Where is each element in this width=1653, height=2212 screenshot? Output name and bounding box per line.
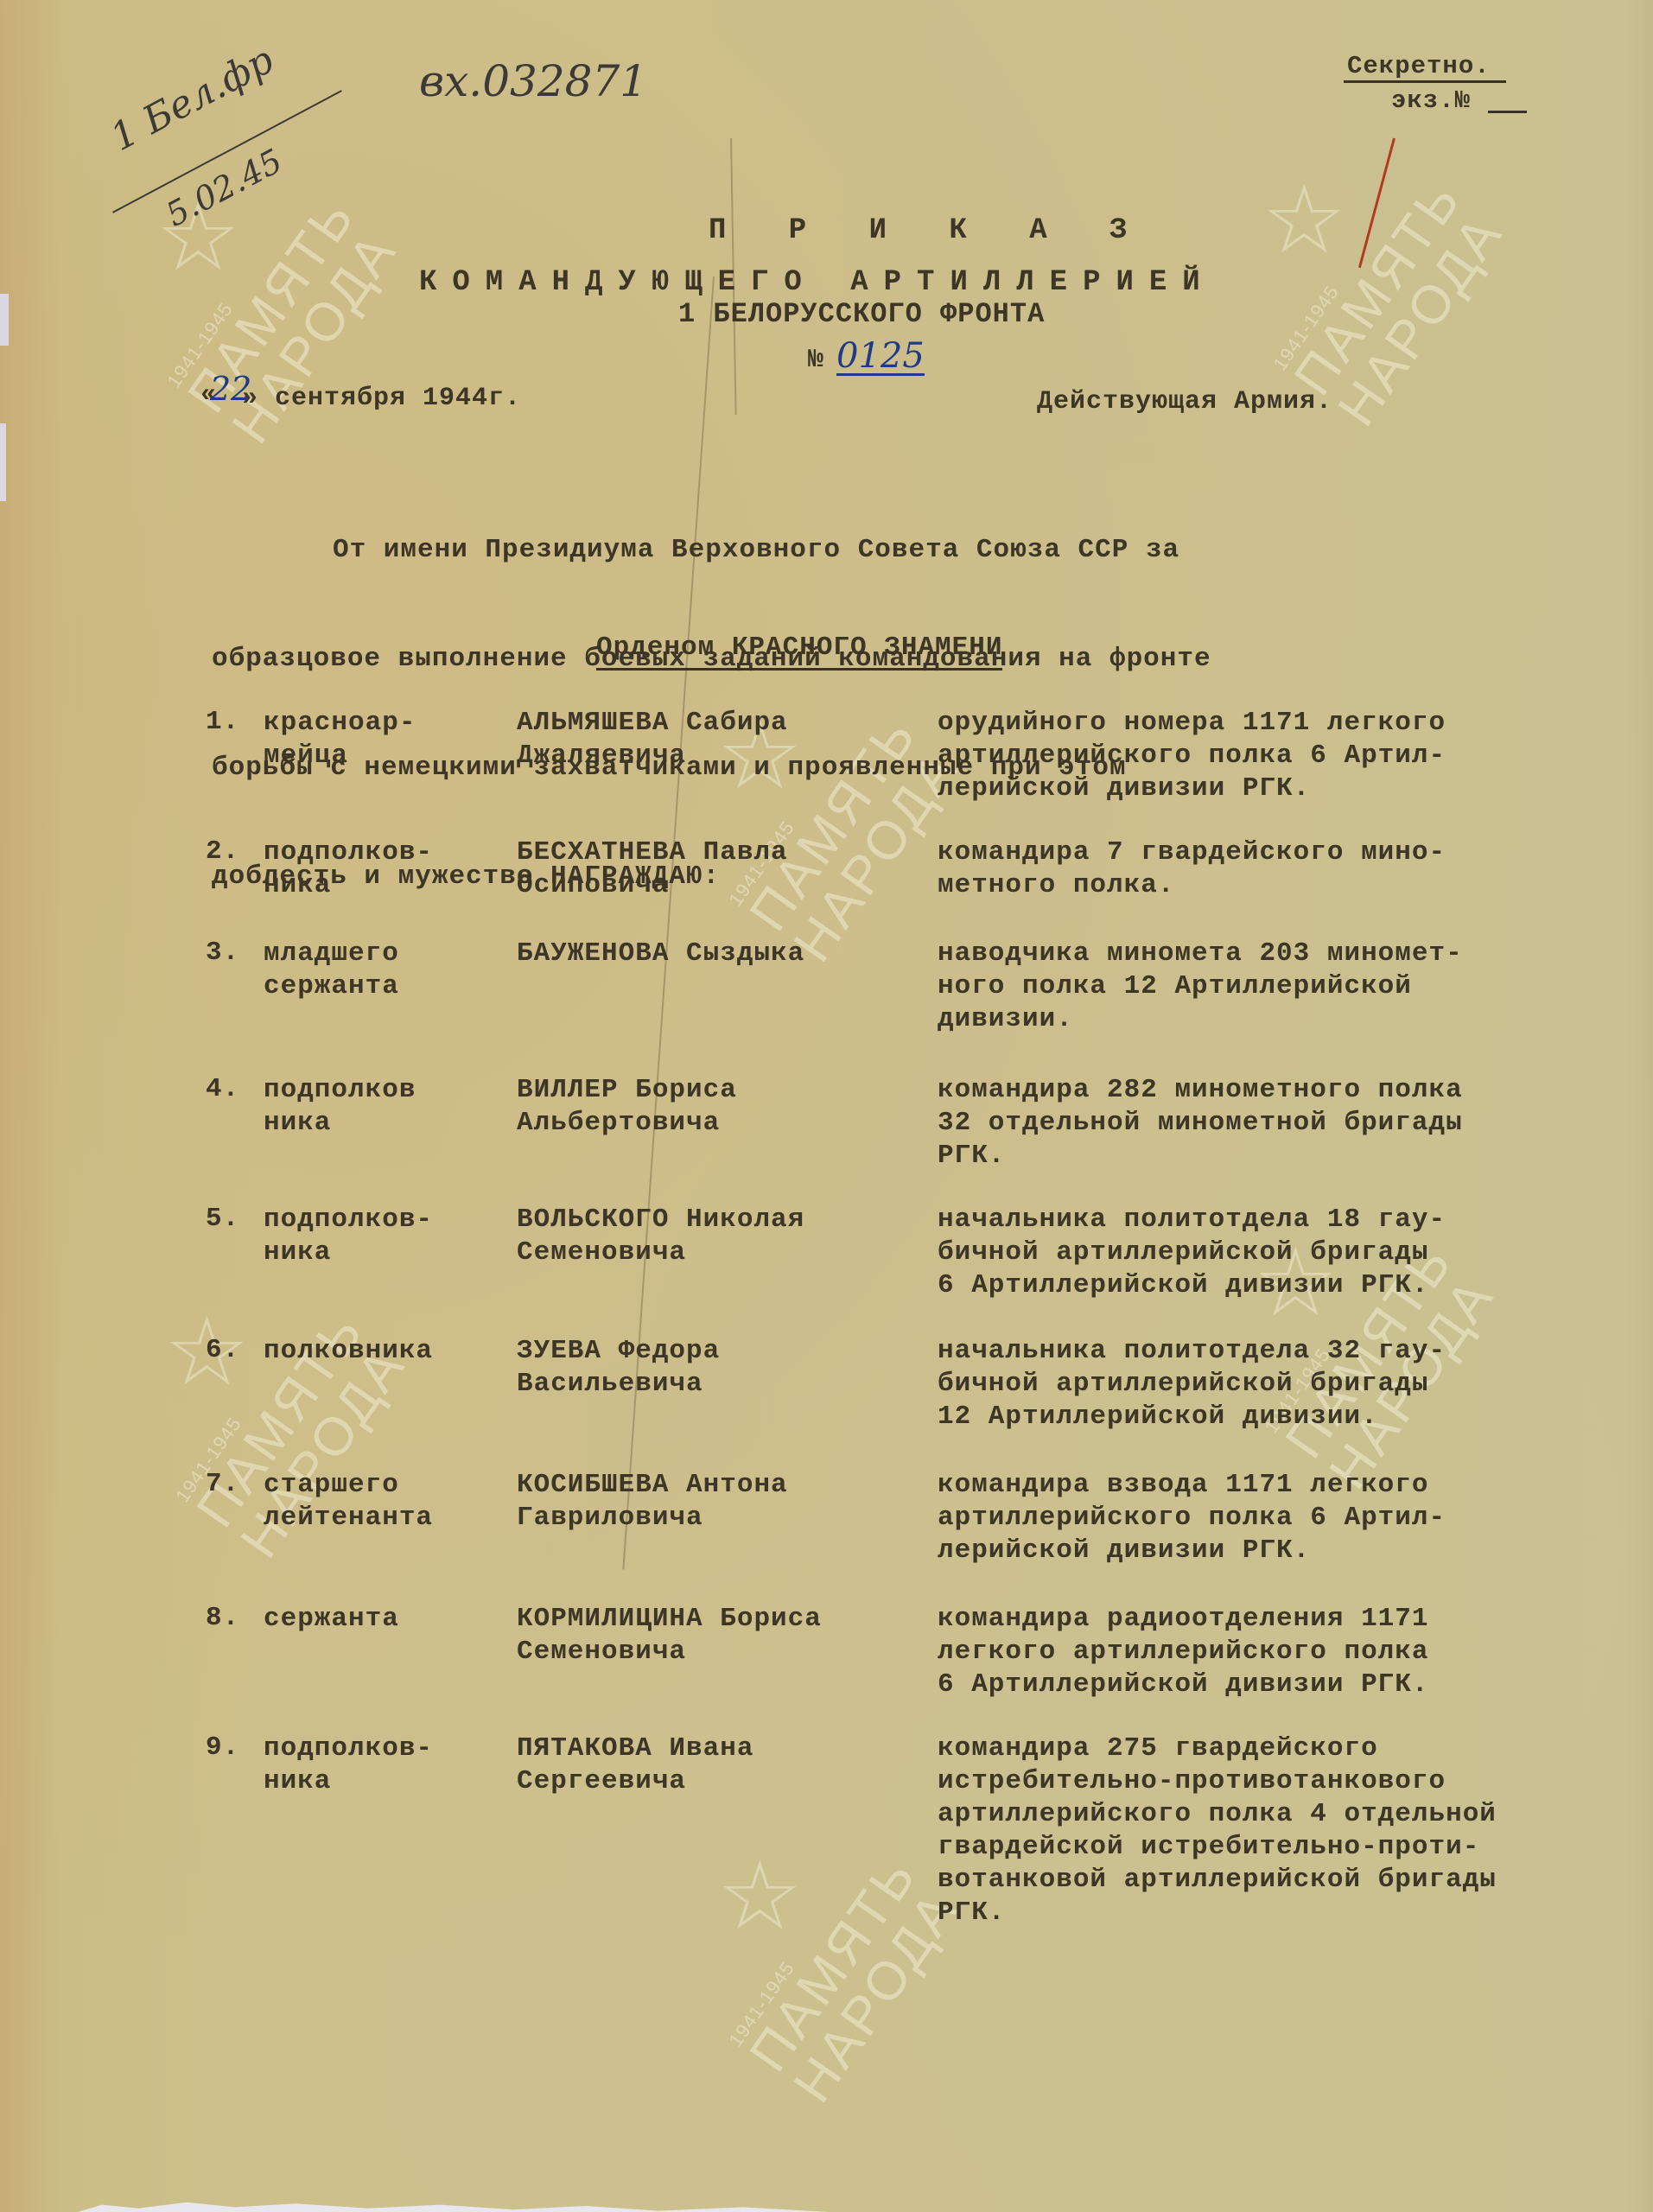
awardee-position-line: командира 7 гвардейского мино-	[938, 836, 1446, 869]
awardee-rank-line: мейца	[264, 740, 416, 772]
awardee-name-line: ЗУЕВА Федора	[517, 1335, 720, 1368]
awardee-rank-line: лейтенанта	[264, 1502, 433, 1535]
awardee-position-line: РГК.	[938, 1897, 1497, 1929]
awardee-rank-line: ника	[264, 1236, 433, 1269]
awardee-number: 9.	[206, 1732, 239, 1763]
awardee-position-line: бичной артиллерийской бригады	[938, 1368, 1446, 1401]
awardee-position-line: артиллерийского полка 6 Артил-	[938, 1502, 1446, 1535]
award-heading: Орденом КРАСНОГО ЗНАМЕНИ	[596, 632, 1002, 671]
awardee-position-line: 12 Артиллерийской дивизии.	[938, 1401, 1446, 1433]
order-number: 0125	[836, 339, 925, 376]
awardee-rank: подполков-ника	[264, 836, 433, 902]
awardee-rank: красноар-мейца	[264, 707, 416, 772]
awardee-position: командира 282 минометного полка32 отдель…	[938, 1074, 1463, 1173]
awardee-position-line: истребительно-противотанкового	[938, 1765, 1497, 1798]
awardee-name-line: Васильевича	[517, 1368, 720, 1401]
awardee-position: орудийного номера 1171 легкогоартиллерий…	[938, 707, 1446, 805]
awardee-rank-line: ника	[264, 869, 433, 902]
copy-number-label: экз.№	[1391, 86, 1471, 115]
awardee-position-line: наводчика миномета 203 миномет-	[938, 938, 1463, 970]
awardee-rank-line: сержанта	[264, 1603, 399, 1636]
awardee-rank: полковника	[264, 1335, 433, 1368]
awardee-position-line: гвардейской истребительно-проти-	[938, 1831, 1497, 1864]
awardee-position: командира 7 гвардейского мино-метного по…	[938, 836, 1446, 902]
awardee-name-line: ВИЛЛЕР Бориса	[517, 1074, 737, 1107]
awardee-name: КОРМИЛИЦИНА БорисаСеменовича	[517, 1603, 822, 1669]
awardee-position-line: ного полка 12 Артиллерийской	[938, 970, 1463, 1003]
awardee-rank-line: ника	[264, 1107, 416, 1140]
awardee-rank: младшегосержанта	[264, 938, 399, 1003]
awardee-rank-line: подполков-	[264, 1204, 433, 1236]
awardee-position-line: метного полка.	[938, 869, 1446, 902]
awardee-name-line: КОРМИЛИЦИНА Бориса	[517, 1603, 822, 1636]
torn-edge	[0, 423, 6, 501]
awardee-number: 1.	[206, 707, 239, 737]
awardee-rank: подполков-ника	[264, 1204, 433, 1269]
awardee-position-line: 6 Артиллерийской дивизии РГК.	[938, 1669, 1429, 1701]
awardee-rank-line: младшего	[264, 938, 399, 970]
document-subtitle-2: 1 БЕЛОРУССКОГО ФРОНТА	[678, 298, 1045, 330]
awardee-name: БЕСХАТНЕВА ПавлаОсиповича	[517, 836, 788, 902]
awardee-position: командира взвода 1171 легкогоартиллерийс…	[938, 1469, 1446, 1567]
awardee-name-line: БАУЖЕНОВА Сыздыка	[517, 938, 804, 970]
awardee-name-line: Гавриловича	[517, 1502, 788, 1535]
awardee-position-line: начальника политотдела 32 гау-	[938, 1335, 1446, 1368]
awardee-name: ВОЛЬСКОГО НиколаяСеменовича	[517, 1204, 804, 1269]
awardee-name-line: БЕСХАТНЕВА Павла	[517, 836, 788, 869]
awardee-name-line: Альбертовича	[517, 1107, 737, 1140]
awardee-position-line: 6 Артиллерийской дивизии РГК.	[938, 1269, 1446, 1302]
awardee-rank-line: подполков	[264, 1074, 416, 1107]
date-month-year: » сентября 1944г.	[242, 384, 521, 413]
awardee-position-line: командира 275 гвардейского	[938, 1732, 1497, 1765]
awardee-number: 4.	[206, 1074, 239, 1104]
awardee-position-line: начальника политотдела 18 гау-	[938, 1204, 1446, 1236]
awardee-name: ПЯТАКОВА ИванаСергеевича	[517, 1732, 753, 1798]
awardee-position-line: дивизии.	[938, 1003, 1463, 1036]
awardee-rank: подполковника	[264, 1074, 416, 1140]
awardee-rank: сержанта	[264, 1603, 399, 1636]
awardee-name-line: Осиповича	[517, 869, 788, 902]
awardee-position-line: легкого артиллерийского полка	[938, 1636, 1429, 1669]
awardee-position-line: бичной артиллерийской бригады	[938, 1236, 1446, 1269]
torn-edge	[0, 294, 9, 346]
awardee-number: 5.	[206, 1204, 239, 1234]
copy-number-blank	[1488, 111, 1527, 113]
awardee-position-line: командира радиоотделения 1171	[938, 1603, 1429, 1636]
awardee-number: 6.	[206, 1335, 239, 1365]
awardee-rank: подполков-ника	[264, 1732, 433, 1798]
awardee-number: 2.	[206, 836, 239, 867]
awardee-position: командира 275 гвардейскогоистребительно-…	[938, 1732, 1497, 1929]
awardee-name: КОСИБШЕВА АнтонаГавриловича	[517, 1469, 788, 1535]
awardee-position-line: лерийской дивизии РГК.	[938, 772, 1446, 805]
awardee-rank-line: подполков-	[264, 836, 433, 869]
awardee-position-line: вотанковой артиллерийской бригады	[938, 1864, 1497, 1897]
awardee-rank: старшеголейтенанта	[264, 1469, 433, 1535]
awardee-name-line: Джаляевича	[517, 740, 788, 772]
classification-label: Секретно.	[1344, 52, 1506, 83]
awardee-name: ВИЛЛЕР БорисаАльбертовича	[517, 1074, 737, 1140]
awardee-name: АЛЬМЯШЕВА СабираДжаляевича	[517, 707, 788, 772]
awardee-number: 8.	[206, 1603, 239, 1633]
awardee-name-line: ВОЛЬСКОГО Николая	[517, 1204, 804, 1236]
awardee-rank-line: старшего	[264, 1469, 433, 1502]
awardee-position-line: артиллерийского полка 4 отдельной	[938, 1798, 1497, 1831]
awardee-rank-line: сержанта	[264, 970, 399, 1003]
awardee-rank-line: подполков-	[264, 1732, 433, 1765]
awardee-name: ЗУЕВА ФедораВасильевича	[517, 1335, 720, 1401]
awardee-position-line: РГК.	[938, 1140, 1463, 1173]
awardee-position: начальника политотдела 18 гау-бичной арт…	[938, 1204, 1446, 1302]
awardee-name-line: Семеновича	[517, 1636, 822, 1669]
awardee-rank-line: полковника	[264, 1335, 433, 1368]
place-label: Действующая Армия.	[1037, 387, 1332, 416]
awardee-name-line: АЛЬМЯШЕВА Сабира	[517, 707, 788, 740]
awardee-position-line: лерийской дивизии РГК.	[938, 1535, 1446, 1567]
awardee-name-line: Семеновича	[517, 1236, 804, 1269]
awardee-position-line: командира 282 минометного полка	[938, 1074, 1463, 1107]
awardee-position: командира радиоотделения 1171легкого арт…	[938, 1603, 1429, 1701]
awardee-name-line: КОСИБШЕВА Антона	[517, 1469, 788, 1502]
order-number-label: №	[808, 346, 824, 375]
awardee-position: наводчика миномета 203 миномет-ного полк…	[938, 938, 1463, 1036]
preamble-line: От имени Президиума Верховного Совета Со…	[212, 532, 1211, 569]
awardee-position-line: командира взвода 1171 легкого	[938, 1469, 1446, 1502]
document-subtitle-1: КОМАНДУЮЩЕГО АРТИЛЛЕРИЕЙ	[419, 266, 1216, 299]
awardee-rank-line: красноар-	[264, 707, 416, 740]
awardee-name-line: Сергеевича	[517, 1765, 753, 1798]
awardee-name-line: ПЯТАКОВА Ивана	[517, 1732, 753, 1765]
awardee-position: начальника политотдела 32 гау-бичной арт…	[938, 1335, 1446, 1433]
document-title: П Р И К А З	[709, 214, 1149, 247]
awardee-position-line: артиллерийского полка 6 Артил-	[938, 740, 1446, 772]
awardee-position-line: орудийного номера 1171 легкого	[938, 707, 1446, 740]
awardee-name: БАУЖЕНОВА Сыздыка	[517, 938, 804, 970]
awardee-position-line: 32 отдельной минометной бригады	[938, 1107, 1463, 1140]
awardee-number: 3.	[206, 938, 239, 968]
incoming-number: вх.032871	[419, 56, 647, 106]
awardee-number: 7.	[206, 1469, 239, 1499]
awardee-rank-line: ника	[264, 1765, 433, 1798]
